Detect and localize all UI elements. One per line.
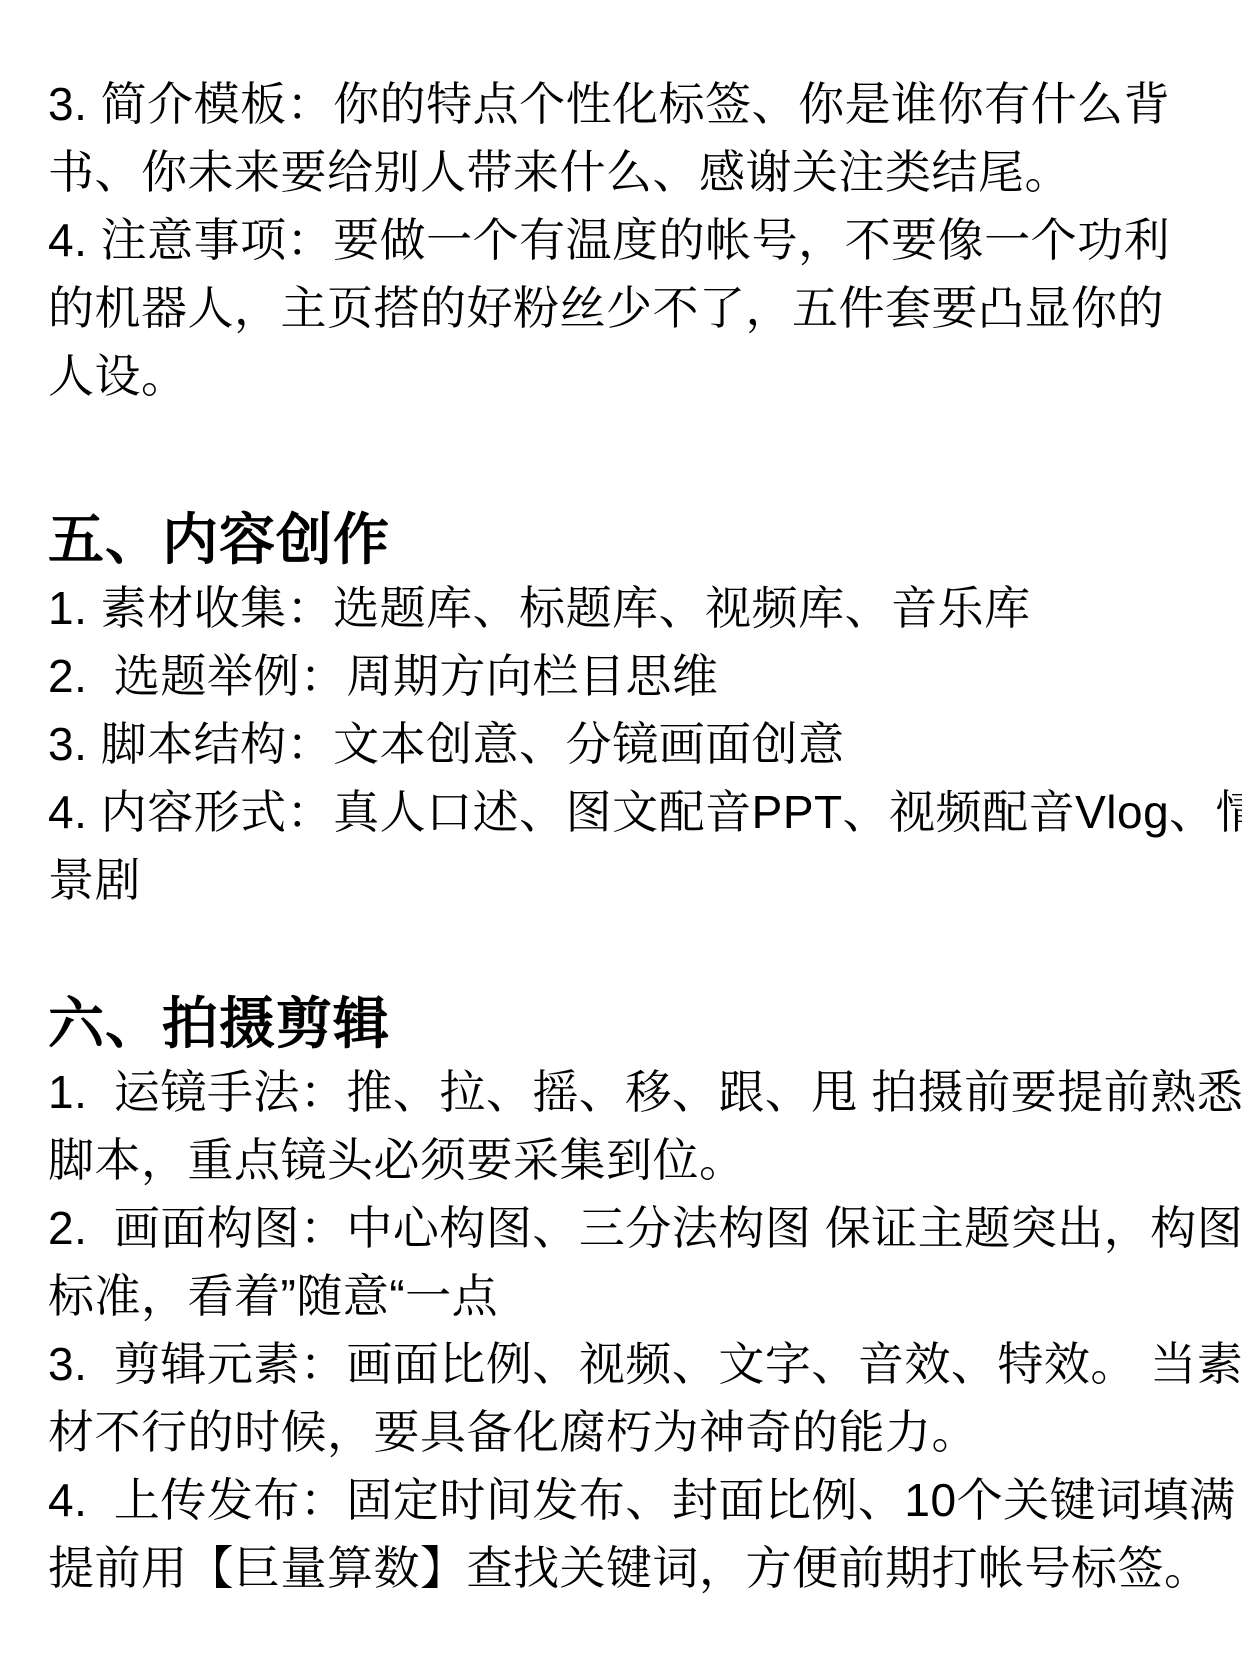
text-line: 的机器人，主页搭的好粉丝少不了，五件套要凸显你的 [48, 274, 1242, 342]
list-item-line: 2. 选题举例：周期方向栏目思维 [48, 642, 1242, 710]
list-item-line: 3. 脚本结构：文本创意、分镜画面创意 [48, 710, 1242, 778]
list-item-line: 4. 上传发布：固定时间发布、封面比例、10个关键词填满 [48, 1466, 1242, 1534]
text-line: 3. 简介模板：你的特点个性化标签、你是谁你有什么背 [48, 70, 1242, 138]
list-item-line: 1. 运镜手法：推、拉、摇、移、跟、甩 拍摄前要提前熟悉 [48, 1058, 1242, 1126]
list-item-line: 提前用【巨量算数】查找关键词，方便前期打帐号标签。 [48, 1534, 1242, 1602]
list-item-line: 脚本，重点镜头必须要采集到位。 [48, 1126, 1242, 1194]
notes-page: 3. 简介模板：你的特点个性化标签、你是谁你有什么背 书、你未来要给别人带来什么… [0, 0, 1242, 1660]
list-item-line: 3. 剪辑元素：画面比例、视频、文字、音效、特效。 当素 [48, 1330, 1242, 1398]
section-heading-content-creation: 五、内容创作 [48, 506, 1242, 574]
text-line: 书、你未来要给别人带来什么、感谢关注类结尾。 [48, 138, 1242, 206]
section-intro-notes: 3. 简介模板：你的特点个性化标签、你是谁你有什么背 书、你未来要给别人带来什么… [48, 70, 1242, 410]
list-item-line: 1. 素材收集：选题库、标题库、视频库、音乐库 [48, 574, 1242, 642]
text-line: 4. 注意事项：要做一个有温度的帐号，不要像一个功利 [48, 206, 1242, 274]
list-item-line: 4. 内容形式：真人口述、图文配音PPT、视频配音Vlog、情 [48, 778, 1242, 846]
section-shooting-editing: 1. 运镜手法：推、拉、摇、移、跟、甩 拍摄前要提前熟悉 脚本，重点镜头必须要采… [48, 1058, 1242, 1602]
list-item-line: 材不行的时候，要具备化腐朽为神奇的能力。 [48, 1398, 1242, 1466]
section-heading-shooting-editing: 六、拍摄剪辑 [48, 990, 1242, 1058]
list-item-line: 标准，看着”随意“一点 [48, 1262, 1242, 1330]
text-line: 人设。 [48, 342, 1242, 410]
list-item-line: 2. 画面构图：中心构图、三分法构图 保证主题突出，构图 [48, 1194, 1242, 1262]
list-item-line: 景剧 [48, 846, 1242, 914]
section-content-creation: 1. 素材收集：选题库、标题库、视频库、音乐库 2. 选题举例：周期方向栏目思维… [48, 574, 1242, 914]
